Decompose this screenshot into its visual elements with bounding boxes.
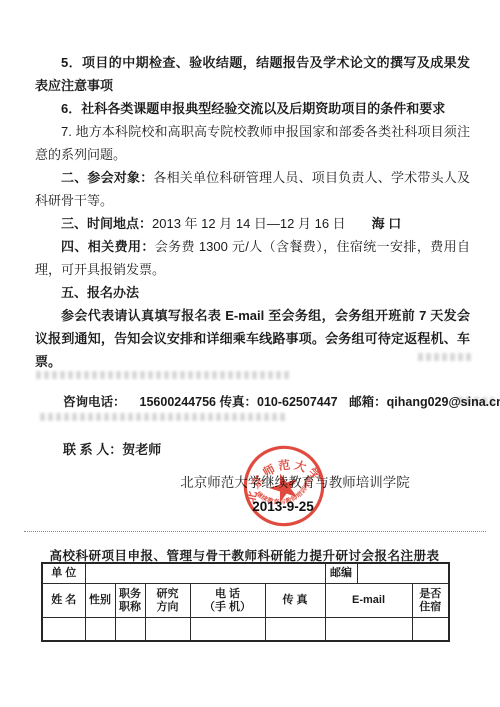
phone-number: 15600244756 xyxy=(140,395,216,409)
field-email-cell xyxy=(325,618,412,642)
field-fax-cell xyxy=(265,618,325,642)
contact-line: 咨询电话：15600244756 传真：010-62507447 邮箱：qiha… xyxy=(63,392,500,410)
phone-label: 咨询电话： xyxy=(63,395,126,409)
agenda-item-6: 6．社科各类课题申报典型经验交流以及后期资助项目的条件和要求 xyxy=(35,97,470,120)
header-phone: 电 话 （手 机） xyxy=(190,584,265,618)
unit-input-cell xyxy=(85,563,325,584)
agenda-item-5: 5．项目的中期检查、验收结题，结题报告及学术论文的撰写及成果发表应注意事项 xyxy=(35,51,470,97)
agenda-item-7: 7. 地方本科院校和高职高专院校教师申报国家和部委各类社科项目须注意的系列问题。 xyxy=(35,120,470,166)
unit-label-cell: 单 位 xyxy=(42,563,85,584)
header-email: E-mail xyxy=(325,584,412,618)
field-phone-cell xyxy=(190,618,265,642)
schedule-dates: 2013 年 12 月 14 日—12 月 16 日 xyxy=(152,216,346,231)
header-name: 姓 名 xyxy=(42,584,85,618)
document-page: 5．项目的中期检查、验收结题，结题报告及学术论文的撰写及成果发表应注意事项 6．… xyxy=(0,0,500,707)
ghost-text-smudge xyxy=(40,413,286,421)
zip-label-cell: 邮编 xyxy=(325,563,357,584)
header-fax: 传 真 xyxy=(265,584,325,618)
attendees-label: 二、参会对象： xyxy=(61,170,153,185)
header-gender: 性别 xyxy=(85,584,115,618)
field-lodging-cell xyxy=(412,618,449,642)
field-gender-cell xyxy=(85,618,115,642)
zip-input-cell xyxy=(357,563,449,584)
registration-paragraph: 参会代表请认真填写报名表 E-mail 至会务组，会务组开班前 7 天发会议报到… xyxy=(35,304,470,373)
field-research-cell xyxy=(145,618,190,642)
email-address: qihang029@sina.cn xyxy=(387,395,500,409)
registration-table: 单 位 邮编 姓 名 性别 职务 职称 研究 方向 电 话 （手 机） 传 真 … xyxy=(41,562,450,642)
method-heading: 五、报名办法 xyxy=(35,281,470,304)
header-lodging: 是否 住宿 xyxy=(412,584,449,618)
schedule-location: 海 口 xyxy=(372,216,402,231)
header-position: 职务 职称 xyxy=(115,584,145,618)
contact-person-name: 贺老师 xyxy=(122,442,161,457)
official-seal-icon: 北京师范大学 继续教育与教师培训学院 xyxy=(233,435,335,537)
ghost-text-smudge xyxy=(36,371,292,379)
contact-person-label: 联 系 人： xyxy=(63,442,122,457)
notice-body: 5．项目的中期检查、验收结题，结题报告及学术论文的撰写及成果发表应注意事项 6．… xyxy=(0,0,500,373)
fees-label: 四、相关费用： xyxy=(61,239,155,254)
ghost-text-smudge xyxy=(418,353,472,361)
field-position-cell xyxy=(115,618,145,642)
email-label: 邮箱： xyxy=(349,395,387,409)
cut-separator-line xyxy=(24,531,486,532)
fax-number: 010-62507447 xyxy=(257,395,338,409)
attendees-line: 二、参会对象：各相关单位科研管理人员、项目负责人、学术带头人及科研骨干等。 xyxy=(35,166,470,212)
fees-line: 四、相关费用：会务费 1300 元/人（含餐费），住宿统一安排，费用自理，可开具… xyxy=(35,235,470,281)
schedule-label: 三、时间地点： xyxy=(61,216,152,231)
contact-person-line: 联 系 人：贺老师 xyxy=(63,439,161,458)
schedule-line: 三、时间地点：2013 年 12 月 14 日—12 月 16 日海 口 xyxy=(35,212,470,235)
header-research: 研究 方向 xyxy=(145,584,190,618)
fax-label: 传真： xyxy=(219,395,257,409)
field-name-cell xyxy=(42,618,85,642)
